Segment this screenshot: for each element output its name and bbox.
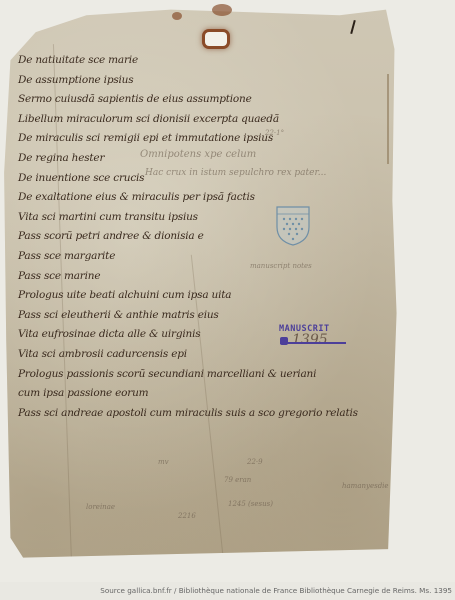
marginal-note: 2216 (178, 512, 196, 520)
stain (212, 4, 232, 16)
contents-line: De natiuitate sce marie (18, 51, 378, 71)
contents-line: Prologus passionis scorũ secundiani marc… (18, 365, 378, 385)
marginal-note: mv (158, 458, 169, 466)
marginal-note: manuscript notes (250, 262, 312, 270)
contents-line: cum ipsa passione eorum (18, 384, 378, 404)
contents-line: De exaltatione eius & miraculis per ipsã… (18, 188, 378, 208)
marginal-note: 1245 (sesus) (228, 500, 273, 508)
manuscript-stamp-number: 1395 (280, 334, 346, 348)
marginal-note: loreinae (86, 503, 115, 511)
marginal-note: Hac crux in istum sepulchro rex pater... (145, 168, 326, 178)
marginal-note: 22·1° (265, 129, 284, 137)
marginal-note: Omnipotens xpe celum (140, 149, 256, 160)
contents-line: Pass sce margarite (18, 247, 378, 267)
contents-line: Pass sce marine (18, 267, 378, 287)
contents-line: Sermo cuiusdã sapientis de eius assumpti… (18, 90, 378, 110)
edge-fold (387, 74, 389, 164)
contents-line: De assumptione ipsius (18, 71, 378, 91)
stain (172, 12, 182, 20)
source-caption: Source gallica.bnf.fr / Bibliothèque nat… (100, 586, 452, 595)
marginal-note: 22·9 (247, 458, 263, 466)
contents-line: Pass sci eleutherii & anthie matris eius (18, 306, 378, 326)
contents-line: Libellum miraculorum sci dionisii excerp… (18, 110, 378, 130)
reims-coat-of-arms-stamp (275, 205, 311, 247)
marginal-note: 79 eran (224, 476, 251, 484)
manuscript-number: 1395 (292, 332, 328, 348)
contents-line: Vita sci martini cum transitu ipsius (18, 208, 378, 228)
contents-line: Prologus uite beati alchuini cum ipsa ui… (18, 286, 378, 306)
stamp-underline (280, 342, 346, 344)
contents-line: Pass scorũ petri andree & dionisia e (18, 227, 378, 247)
contents-line: Pass sci andreae apostoli cum miraculis … (18, 404, 378, 424)
image-viewer: De natiuitate sce marie De assumptione i… (0, 0, 455, 582)
contents-line: De miraculis sci remigii epi et immutati… (18, 129, 378, 149)
contents-list: De natiuitate sce marie De assumptione i… (18, 51, 378, 423)
marginal-note: hamanyesdie (342, 482, 389, 490)
parchment-hole (205, 32, 227, 46)
